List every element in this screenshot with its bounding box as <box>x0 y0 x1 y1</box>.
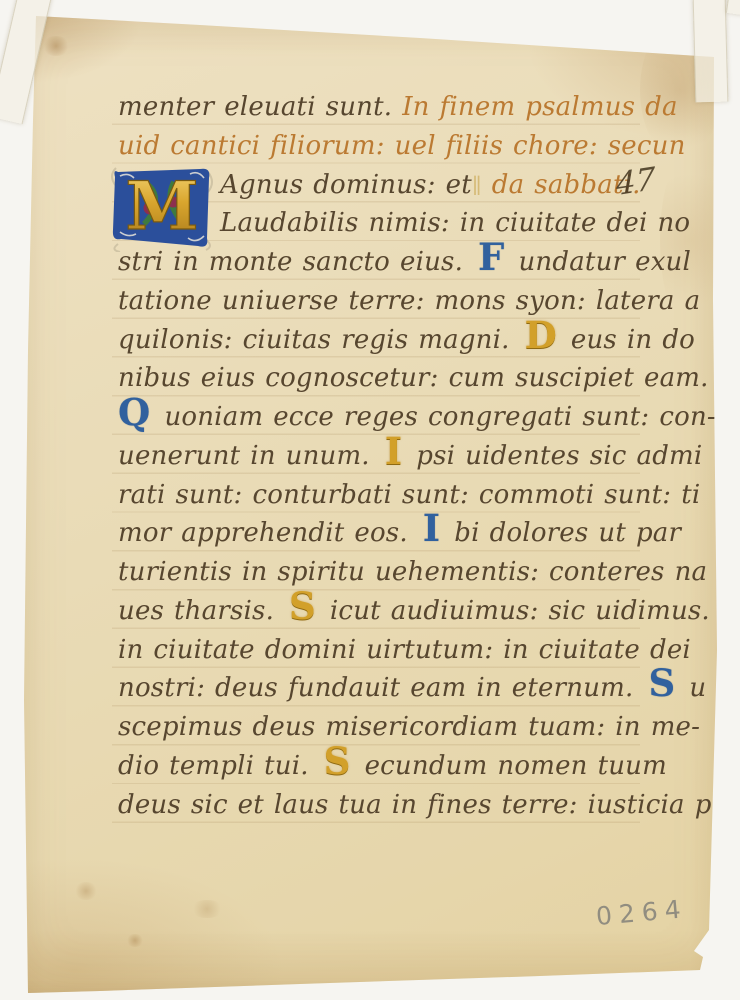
manuscript-line: nostri: deus fundauit eam in eternum. Su <box>118 669 642 708</box>
parchment-leaf: menter eleuati sunt. In finem psalmus da… <box>0 0 740 1000</box>
body-text: Agnus dominus: et <box>220 166 472 205</box>
manuscript-line: Agnus dominus: et∥da sabbati. <box>220 166 642 205</box>
body-text: nibus eius cognoscetur: cum suscipiet ea… <box>118 359 709 398</box>
body-text: dio templi tui. <box>118 747 319 786</box>
body-text: icut audiuimus: sic uidimus. <box>330 592 710 631</box>
body-text: uoniam ecce reges congregati sunt: con- <box>164 398 715 437</box>
body-text: Laudabilis nimis: in ciuitate dei no <box>220 204 690 243</box>
body-text: quilonis: ciuitas regis magni. <box>118 321 520 360</box>
psalm-number-annotation: 47 <box>616 161 656 204</box>
manuscript-line: in ciuitate domini uirtutum: in ciuitate… <box>118 631 642 670</box>
illuminated-initial-m: M <box>110 162 214 252</box>
manuscript-photo: { "manuscript": { "description": "Psalte… <box>0 0 740 1000</box>
body-text: bi dolores ut par <box>454 514 681 553</box>
manuscript-line: Quoniam ecce reges congregati sunt: con- <box>118 398 642 437</box>
rubric-text: uid cantici filiorum: uel filiis chore: … <box>118 127 686 166</box>
manuscript-line: nibus eius cognoscetur: cum suscipiet ea… <box>118 359 642 398</box>
manuscript-line: mor apprehendit eos. Ibi dolores ut par <box>118 514 642 553</box>
inventory-number: 0264 <box>595 894 689 931</box>
body-text: rati sunt: conturbati sunt: commoti sunt… <box>118 476 700 515</box>
body-text: mor apprehendit eos. <box>118 514 418 553</box>
body-text: ecundum nomen tuum <box>365 747 667 786</box>
manuscript-line: tatione uniuerse terre: mons syon: later… <box>118 282 642 321</box>
line-filler-mark: ∥ <box>472 167 482 206</box>
manuscript-line: dio templi tui. Secundum nomen tuum <box>118 747 642 786</box>
manuscript-line: uenerunt in unum. Ipsi uidentes sic admi <box>118 437 642 476</box>
body-text: deus sic et laus tua in fines terre: ius… <box>118 786 740 825</box>
stain <box>42 36 70 56</box>
initial-letter: M <box>125 167 198 245</box>
body-text: tatione uniuerse terre: mons syon: later… <box>118 282 700 321</box>
body-text: uenerunt in unum. <box>118 437 380 476</box>
body-text: nostri: deus fundauit eam in eternum. <box>118 669 643 708</box>
body-text: in ciuitate domini uirtutum: in ciuitate… <box>118 631 691 670</box>
stain <box>74 882 98 900</box>
rubric-text: In finem psalmus da <box>402 88 678 127</box>
manuscript-line: deus sic et laus tua in fines terre: ius… <box>118 786 642 825</box>
body-text: undatur exul <box>518 243 691 282</box>
body-text: u <box>689 669 706 708</box>
tape-corner-fragment <box>726 0 740 15</box>
manuscript-line: uid cantici filiorum: uel filiis chore: … <box>118 127 642 166</box>
manuscript-line: menter eleuati sunt. In finem psalmus da <box>118 88 642 127</box>
body-text: turientis in spiritu uehementis: contere… <box>118 553 707 592</box>
manuscript-line: ues tharsis. Sicut audiuimus: sic uidimu… <box>118 592 642 631</box>
stain <box>14 252 30 266</box>
body-text: eus in do <box>571 321 695 360</box>
manuscript-line: turientis in spiritu uehementis: contere… <box>118 553 642 592</box>
manuscript-line: quilonis: ciuitas regis magni. Deus in d… <box>118 321 642 360</box>
manuscript-line: rati sunt: conturbati sunt: commoti sunt… <box>118 476 642 515</box>
body-text: psi uidentes sic admi <box>416 437 702 476</box>
body-text: scepimus deus misericordiam tuam: in me- <box>118 708 700 747</box>
body-text: menter eleuati sunt. <box>118 88 402 127</box>
tape-top-right <box>693 0 729 102</box>
stain <box>190 900 224 918</box>
manuscript-line: scepimus deus misericordiam tuam: in me- <box>118 708 642 747</box>
stain <box>126 934 144 947</box>
body-text: ues tharsis. <box>118 592 284 631</box>
manuscript-line: Laudabilis nimis: in ciuitate dei no <box>220 204 642 243</box>
